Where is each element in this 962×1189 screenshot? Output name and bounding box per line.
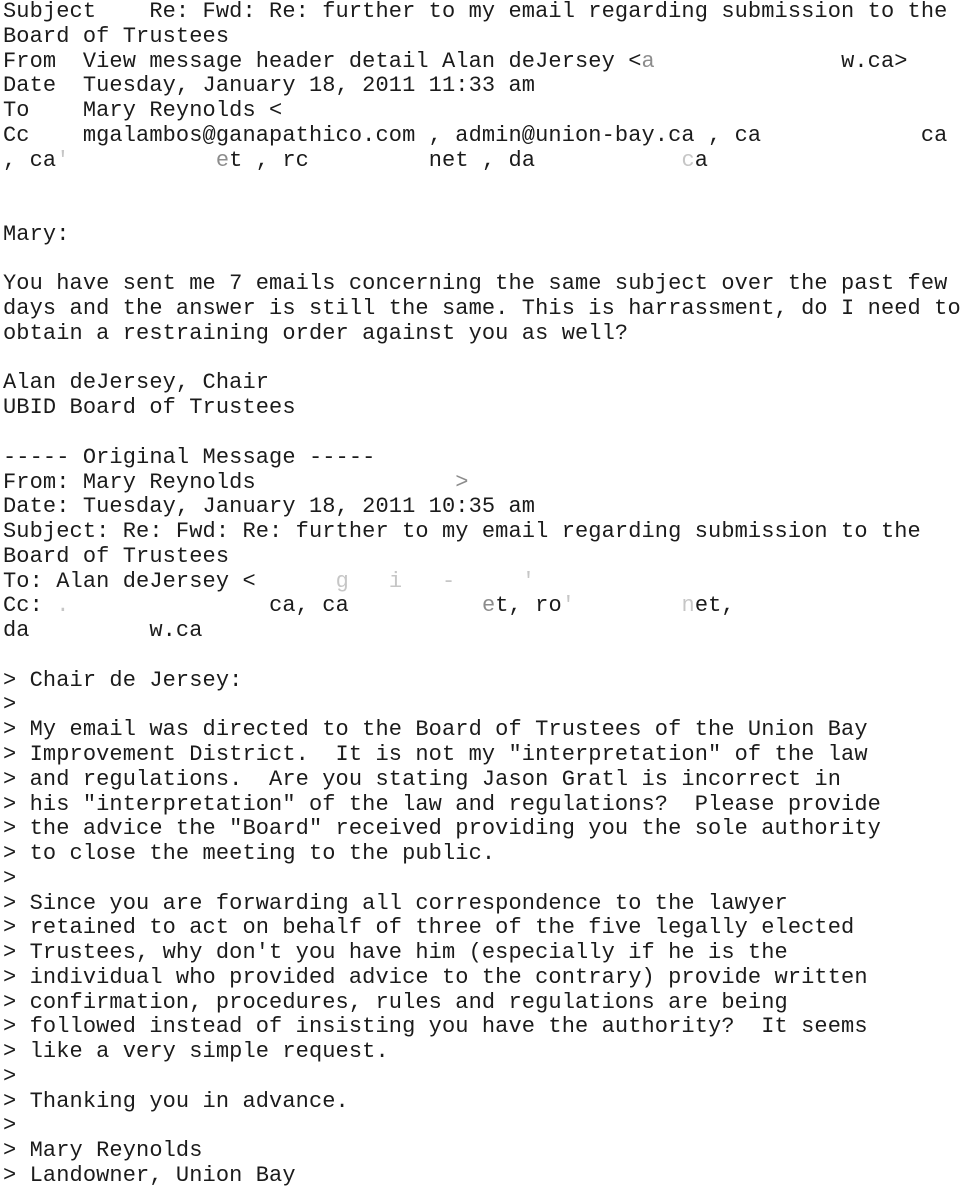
text-fragment: > individual who provided advice to the … <box>3 965 868 990</box>
text-fragment: > Thanking you in advance. <box>3 1089 349 1114</box>
redacted-text-fragment: ' <box>522 569 535 594</box>
text-line <box>3 248 962 273</box>
text-line: > Thanking you in advance. <box>3 1090 962 1115</box>
text-line: Board of Trustees <box>3 25 962 50</box>
text-fragment: > his "interpretation" of the law and re… <box>3 792 881 817</box>
text-fragment: Subject Re: Fwd: Re: further to my email… <box>3 0 947 24</box>
text-line: Cc: . ca, ca et, ro' net, <box>3 594 962 619</box>
text-line: da w.ca <box>3 619 962 644</box>
text-fragment: net , da <box>429 148 535 173</box>
text-fragment: da w.ca <box>3 618 203 643</box>
redacted-text-fragment: ' <box>56 148 69 173</box>
text-fragment: > Mary Reynolds <box>3 1138 203 1163</box>
text-fragment <box>349 593 482 618</box>
text-line: > Mary Reynolds <box>3 1139 962 1164</box>
text-line: You have sent me 7 emails concerning the… <box>3 272 962 297</box>
text-fragment: Cc: <box>3 593 56 618</box>
text-line: > Since you are forwarding all correspon… <box>3 892 962 917</box>
scanned-email-page: Subject Re: Fwd: Re: further to my email… <box>0 0 962 1189</box>
text-line: > followed instead of insisting you have… <box>3 1015 962 1040</box>
text-fragment <box>3 346 16 371</box>
text-fragment: From View message header detail Alan deJ… <box>3 49 642 74</box>
text-line: > and regulations. Are you stating Jason… <box>3 768 962 793</box>
text-fragment <box>3 247 16 272</box>
text-fragment: ----- Original Message ----- <box>3 445 375 470</box>
text-fragment <box>3 197 16 222</box>
text-line <box>3 421 962 446</box>
text-fragment: > like a very simple request. <box>3 1039 389 1064</box>
text-line: > confirmation, procedures, rules and re… <box>3 991 962 1016</box>
text-fragment: > <box>3 692 16 717</box>
text-line: > his "interpretation" of the law and re… <box>3 793 962 818</box>
text-line <box>3 198 962 223</box>
text-line: days and the answer is still the same. T… <box>3 297 962 322</box>
text-fragment: > Chair de Jersey: <box>3 668 242 693</box>
redacted-text-fragment: . <box>56 593 69 618</box>
text-fragment: t, ro <box>495 593 562 618</box>
redacted-text-fragment: i <box>389 569 402 594</box>
text-line: obtain a restraining order against you a… <box>3 322 962 347</box>
redacted-text-fragment: a <box>642 49 655 74</box>
redacted-text-fragment: n <box>682 593 695 618</box>
text-line: Mary: <box>3 223 962 248</box>
text-line <box>3 644 962 669</box>
text-fragment: Alan deJersey, Chair <box>3 370 269 395</box>
redacted-text-fragment: ' <box>562 593 575 618</box>
text-line: , ca' et , rc net , da ca <box>3 149 962 174</box>
text-fragment: > <box>3 1113 16 1138</box>
text-line: > Improvement District. It is not my "in… <box>3 743 962 768</box>
text-fragment <box>70 148 216 173</box>
text-fragment <box>3 643 16 668</box>
text-fragment: From: Mary Reynolds <box>3 470 256 495</box>
text-line: UBID Board of Trustees <box>3 396 962 421</box>
text-line: > Trustees, why don't you have him (espe… <box>3 941 962 966</box>
text-line: > like a very simple request. <box>3 1040 962 1065</box>
text-line: To Mary Reynolds < <box>3 99 962 124</box>
text-fragment <box>3 420 16 445</box>
text-fragment: To Mary Reynolds < <box>3 98 282 123</box>
text-fragment: > retained to act on behalf of three of … <box>3 915 854 940</box>
text-line: > <box>3 867 962 892</box>
text-fragment: et, <box>695 593 735 618</box>
text-fragment: > My email was directed to the Board of … <box>3 717 868 742</box>
text-fragment: Board of Trustees <box>3 544 229 569</box>
redacted-text-fragment: e <box>216 148 229 173</box>
text-fragment: days and the answer is still the same. T… <box>3 296 961 321</box>
text-fragment: , ca <box>3 148 56 173</box>
text-line: > to close the meeting to the public. <box>3 842 962 867</box>
text-fragment: > <box>3 1064 16 1089</box>
redacted-text-fragment: g <box>336 569 349 594</box>
text-fragment <box>535 148 681 173</box>
text-fragment <box>402 569 442 594</box>
text-fragment: Cc mgalambos@ganapathico.com , admin@uni… <box>3 123 947 148</box>
text-fragment: > and regulations. Are you stating Jason… <box>3 767 841 792</box>
text-fragment: > Landowner, Union Bay <box>3 1163 296 1188</box>
text-fragment: > Improvement District. It is not my "in… <box>3 742 868 767</box>
text-line: Subject Re: Fwd: Re: further to my email… <box>3 0 962 25</box>
text-line: > <box>3 693 962 718</box>
text-fragment: > followed instead of insisting you have… <box>3 1014 868 1039</box>
text-line: To: Alan deJersey < g i - ' <box>3 570 962 595</box>
text-line: > <box>3 1065 962 1090</box>
text-line: > the advice the "Board" received provid… <box>3 817 962 842</box>
text-fragment: Subject: Re: Fwd: Re: further to my emai… <box>3 519 921 544</box>
text-fragment <box>575 593 681 618</box>
redacted-text-fragment: e <box>482 593 495 618</box>
text-fragment: UBID Board of Trustees <box>3 395 296 420</box>
text-fragment <box>655 49 841 74</box>
text-fragment: obtain a restraining order against you a… <box>3 321 628 346</box>
text-fragment: > the advice the "Board" received provid… <box>3 816 881 841</box>
text-fragment <box>455 569 522 594</box>
text-fragment: a <box>695 148 708 173</box>
text-line: > Chair de Jersey: <box>3 669 962 694</box>
text-line <box>3 347 962 372</box>
text-fragment: Date: Tuesday, January 18, 2011 10:35 am <box>3 494 535 519</box>
text-line: ----- Original Message ----- <box>3 446 962 471</box>
text-fragment: t , rc <box>229 148 309 173</box>
text-fragment: > <box>3 866 16 891</box>
text-line: Cc mgalambos@ganapathico.com , admin@uni… <box>3 124 962 149</box>
redacted-text-fragment: > <box>455 470 468 495</box>
text-fragment: To: Alan deJersey < <box>3 569 256 594</box>
text-line: > retained to act on behalf of three of … <box>3 916 962 941</box>
text-line: From: Mary Reynolds > <box>3 471 962 496</box>
text-fragment: You have sent me 7 emails concerning the… <box>3 271 947 296</box>
text-fragment: Date Tuesday, January 18, 2011 11:33 am <box>3 73 535 98</box>
text-line: Board of Trustees <box>3 545 962 570</box>
text-fragment: > Since you are forwarding all correspon… <box>3 891 788 916</box>
text-fragment <box>309 148 429 173</box>
text-fragment <box>349 569 389 594</box>
email-document: Subject Re: Fwd: Re: further to my email… <box>0 0 962 1189</box>
text-fragment: Mary: <box>3 222 70 247</box>
text-fragment: > to close the meeting to the public. <box>3 841 495 866</box>
text-fragment: > confirmation, procedures, rules and re… <box>3 990 788 1015</box>
text-line: > <box>3 1114 962 1139</box>
redacted-text-fragment: c <box>681 148 694 173</box>
text-line: Subject: Re: Fwd: Re: further to my emai… <box>3 520 962 545</box>
text-line: From View message header detail Alan deJ… <box>3 50 962 75</box>
text-line: > individual who provided advice to the … <box>3 966 962 991</box>
text-line: Date: Tuesday, January 18, 2011 10:35 am <box>3 495 962 520</box>
text-fragment <box>70 593 270 618</box>
text-line <box>3 173 962 198</box>
text-line: > My email was directed to the Board of … <box>3 718 962 743</box>
text-fragment: Board of Trustees <box>3 24 229 49</box>
redacted-text-fragment: - <box>442 569 455 594</box>
text-line: > Landowner, Union Bay <box>3 1164 962 1189</box>
text-line: Alan deJersey, Chair <box>3 371 962 396</box>
text-fragment: ca, ca <box>269 593 349 618</box>
text-fragment <box>3 172 16 197</box>
text-fragment: > Trustees, why don't you have him (espe… <box>3 940 788 965</box>
text-fragment: w.ca> <box>841 49 908 74</box>
text-fragment <box>256 470 456 495</box>
text-line: Date Tuesday, January 18, 2011 11:33 am <box>3 74 962 99</box>
text-fragment <box>256 569 336 594</box>
